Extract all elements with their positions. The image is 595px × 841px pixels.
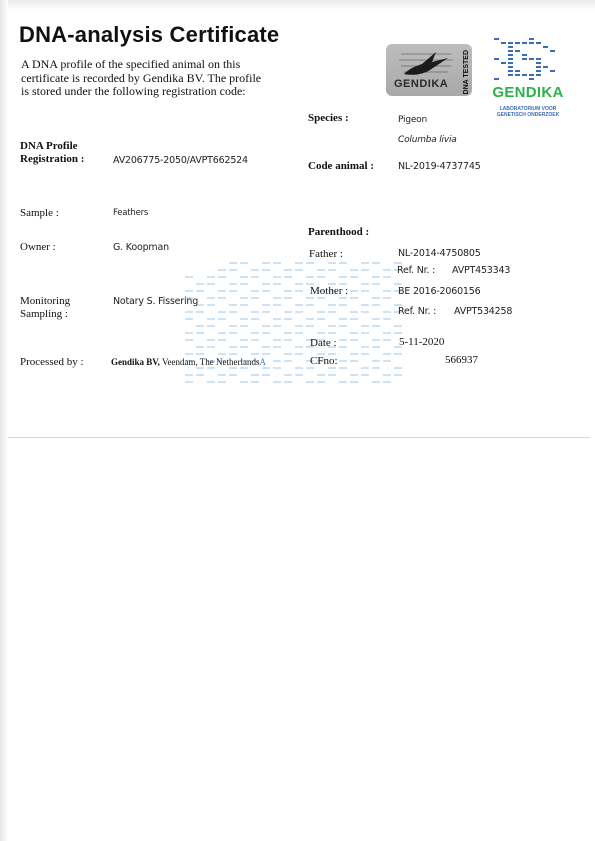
code-animal-label: Code animal :	[308, 160, 374, 172]
father-value: NL-2014-4750805	[398, 248, 481, 259]
mother-value: BE 2016-2060156	[398, 286, 480, 297]
father-ref-label: Ref. Nr. :	[397, 265, 435, 276]
processed-value: Gendika BV, Veendam, The NetherlandsA	[111, 357, 266, 367]
page-divider	[8, 437, 590, 438]
dna-watermark-icon	[185, 262, 415, 402]
code-animal-value: NL-2019-4737745	[398, 161, 481, 172]
intro-paragraph: A DNA profile of the specified animal on…	[21, 58, 271, 99]
sample-label: Sample :	[20, 207, 59, 219]
dna-g-logo-icon	[494, 38, 560, 82]
species-latin: Columba livia	[398, 135, 457, 145]
cfno-label: CFno:	[310, 355, 338, 367]
processed-location: Veendam, The Netherlands	[162, 357, 260, 367]
brand-subtitle: LABORATORIUM VOOR GENETISCH ONDERZOEK	[488, 106, 568, 118]
text-cursor-icon: A	[260, 357, 267, 367]
owner-label: Owner :	[20, 241, 56, 253]
father-ref-value: AVPT453343	[452, 265, 510, 276]
date-value: 5-11-2020	[399, 336, 444, 348]
badge-tag: DNA TESTED	[463, 50, 470, 94]
gendika-logo: GENDIKA LABORATORIUM VOOR GENETISCH ONDE…	[488, 38, 568, 118]
species-label: Species :	[308, 112, 349, 124]
certificate-title: DNA-analysis Certificate	[19, 22, 279, 48]
monitoring-label-1: Monitoring	[20, 295, 70, 307]
cfno-value: 566937	[445, 354, 478, 366]
date-label: Date :	[310, 337, 337, 349]
father-label: Father :	[309, 248, 343, 260]
monitoring-value: Notary S. Fissering	[113, 296, 198, 307]
badge-brand: GENDIKA	[394, 78, 448, 90]
registration-label-1: DNA Profile	[20, 140, 78, 152]
mother-ref-value: AVPT534258	[454, 306, 512, 317]
owner-value: G. Koopman	[113, 242, 169, 253]
mother-label: Mother :	[310, 285, 348, 297]
processed-label: Processed by :	[20, 356, 84, 368]
brand-name: GENDIKA	[488, 84, 568, 101]
mother-ref-label: Ref. Nr. :	[398, 306, 436, 317]
species-common: Pigeon	[398, 115, 427, 125]
parenthood-label: Parenthood :	[308, 226, 369, 238]
processed-company: Gendika BV,	[111, 357, 160, 367]
dna-tested-badge: GENDIKA DNA TESTED	[386, 44, 472, 96]
monitoring-label-2: Sampling :	[20, 308, 68, 320]
pigeon-icon	[396, 48, 456, 80]
sample-value: Feathers	[113, 208, 148, 218]
scan-edge-left	[0, 0, 8, 841]
registration-label-2: Registration :	[20, 153, 84, 165]
brand-subtitle-line-2: GENETISCH ONDERZOEK	[488, 112, 568, 118]
scan-edge-top	[0, 0, 595, 10]
registration-value: AV206775-2050/AVPT662524	[113, 155, 248, 166]
